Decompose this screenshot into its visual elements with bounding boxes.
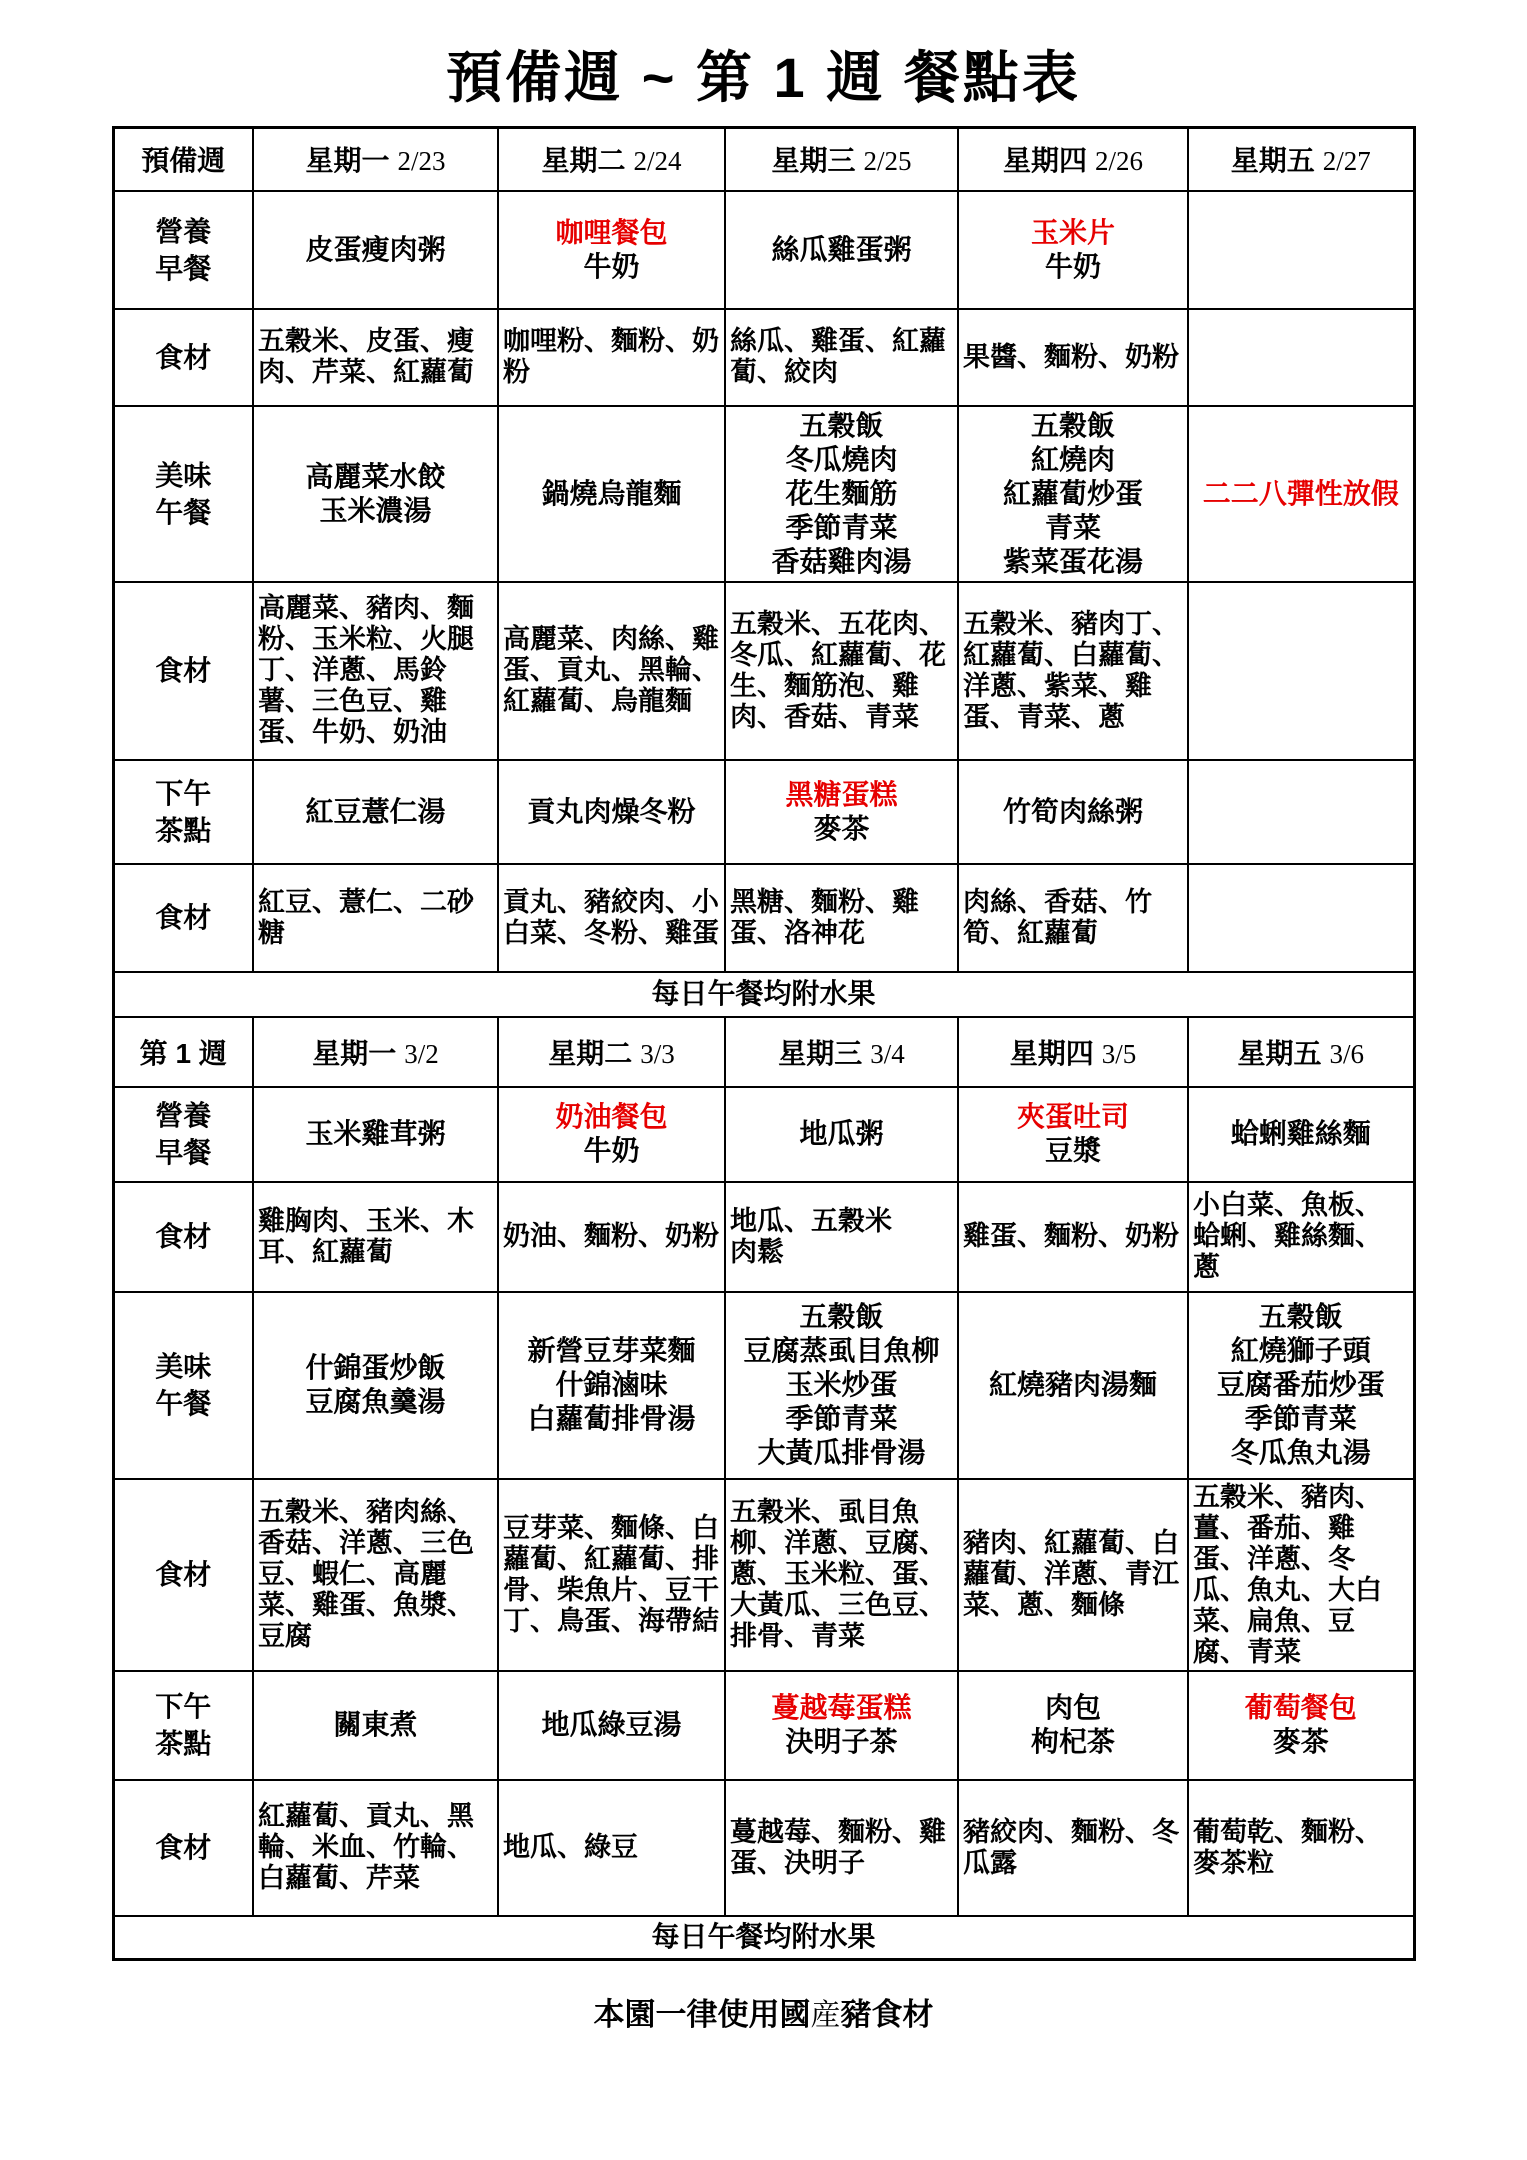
cell-line: 麥茶: [730, 812, 953, 846]
footer-text-pre: 本園一律使用國: [594, 1997, 811, 2032]
cell-line: 紅豆、薏仁、二砂糖: [258, 887, 493, 949]
snack-row: 下午 茶點關東煮地瓜綠豆湯蔓越莓蛋糕決明子茶肉包枸杞茶葡萄餐包麥茶: [113, 1671, 1414, 1780]
day-date: 2/23: [398, 146, 446, 176]
day-date: 3/2: [404, 1039, 439, 1069]
cell-line: 紅蘿蔔炒蛋: [963, 477, 1183, 511]
meal-cell: 鍋燒烏龍麵: [498, 406, 725, 582]
cell-line: 高麗菜、肉絲、雞蛋、貢丸、黑輪、紅蘿蔔、烏龍麵: [503, 624, 720, 717]
cell-line: 枸杞茶: [963, 1725, 1183, 1759]
cell-line: 五穀米、皮蛋、瘦肉、芹菜、紅蘿蔔: [258, 326, 493, 388]
cell-line: 什錦滷味: [503, 1368, 720, 1402]
cell-line: 五穀飯: [963, 409, 1183, 443]
cell-line: 黑糖、麵粉、雞蛋、洛神花: [730, 887, 953, 949]
day-name: 星期五: [1237, 1038, 1321, 1069]
cell-line: 紅蘿蔔、貢丸、黑輪、米血、竹輪、白蘿蔔、芹菜: [258, 1801, 493, 1894]
ingredients-cell: 紅豆、薏仁、二砂糖: [253, 864, 498, 972]
meal-cell: 黑糖蛋糕麥茶: [725, 760, 958, 864]
fruit-note-row: 每日午餐均附水果: [113, 1916, 1414, 1960]
day-name: 星期二: [541, 145, 625, 176]
cell-line: 花生麵筋: [730, 477, 953, 511]
day-date: 2/24: [634, 146, 682, 176]
day-date: 2/25: [864, 146, 912, 176]
ingredients-cell: 地瓜、五穀米 肉鬆: [725, 1182, 958, 1292]
ingredients-cell: 小白菜、魚板、蛤蜊、雞絲麵、蔥: [1188, 1182, 1414, 1292]
cell-line: 高麗菜水餃: [258, 460, 493, 494]
ingredients-cell: 絲瓜、雞蛋、紅蘿蔔、絞肉: [725, 309, 958, 406]
cell-line: 果醬、麵粉、奶粉: [963, 342, 1183, 373]
footer-note: 本園一律使用國産豬食材: [0, 1989, 1527, 2034]
day-header: 星期一2/23: [253, 128, 498, 191]
meal-cell: 竹筍肉絲粥: [958, 760, 1188, 864]
ingredients-cell: 地瓜、綠豆: [498, 1780, 725, 1916]
week-label: 第 1 週: [113, 1017, 253, 1087]
highlight-cell-line: 夾蛋吐司: [963, 1100, 1183, 1134]
day-name: 星期二: [548, 1038, 632, 1069]
ingredients-cell: 咖哩粉、麵粉、奶粉: [498, 309, 725, 406]
week-header-row: 預備週星期一2/23星期二2/24星期三2/25星期四2/26星期五2/27: [113, 128, 1414, 191]
cell-line: 地瓜、綠豆: [503, 1832, 720, 1863]
meal-cell: 咖哩餐包牛奶: [498, 191, 725, 309]
meal-cell: 肉包枸杞茶: [958, 1671, 1188, 1780]
footer-variant-char: 産: [811, 1999, 841, 2032]
row-label: 營養 早餐: [113, 191, 253, 309]
meal-cell: 二二八彈性放假: [1188, 406, 1414, 582]
meal-cell: 地瓜綠豆湯: [498, 1671, 725, 1780]
meal-cell: [1188, 191, 1414, 309]
highlight-cell-line: 黑糖蛋糕: [730, 778, 953, 812]
cell-line: 季節青菜: [730, 1402, 953, 1436]
ingredients-cell: 五穀米、豬肉丁、紅蘿蔔、白蘿蔔、洋蔥、紫菜、雞蛋、青菜、蔥: [958, 582, 1188, 760]
day-date: 3/3: [640, 1039, 675, 1069]
cell-line: 什錦蛋炒飯: [258, 1351, 493, 1385]
day-header: 星期二3/3: [498, 1017, 725, 1087]
row-label: 下午 茶點: [113, 1671, 253, 1780]
meal-cell: 葡萄餐包麥茶: [1188, 1671, 1414, 1780]
row-label: 食材: [113, 1780, 253, 1916]
row-label: 食材: [113, 309, 253, 406]
cell-line: 關東煮: [258, 1708, 493, 1742]
meal-cell: 紅豆薏仁湯: [253, 760, 498, 864]
day-name: 星期一: [305, 145, 389, 176]
cell-line: 玉米雞茸粥: [258, 1117, 493, 1151]
snack-row: 下午 茶點紅豆薏仁湯貢丸肉燥冬粉黑糖蛋糕麥茶竹筍肉絲粥: [113, 760, 1414, 864]
day-header: 星期五3/6: [1188, 1017, 1414, 1087]
ingredients-cell: 五穀米、豬肉、薑、番茄、雞蛋、洋蔥、冬瓜、魚丸、大白菜、扁魚、豆腐、青菜: [1188, 1479, 1414, 1671]
ingredients-cell: 奶油、麵粉、奶粉: [498, 1182, 725, 1292]
cell-line: 五穀米、虱目魚柳、洋蔥、豆腐、蔥、玉米粒、蛋、大黃瓜、三色豆、排骨、青菜: [730, 1497, 953, 1652]
meal-cell: 五穀飯冬瓜燒肉花生麵筋季節青菜香菇雞肉湯: [725, 406, 958, 582]
day-date: 2/26: [1095, 146, 1143, 176]
cell-line: 貢丸肉燥冬粉: [503, 795, 720, 829]
lunch-row: 美味 午餐高麗菜水餃玉米濃湯鍋燒烏龍麵五穀飯冬瓜燒肉花生麵筋季節青菜香菇雞肉湯五…: [113, 406, 1414, 582]
day-name: 星期三: [778, 1038, 862, 1069]
ingredients-cell: 豬肉、紅蘿蔔、白蘿蔔、洋蔥、青江菜、蔥、麵條: [958, 1479, 1188, 1671]
ingredients-cell: 雞蛋、麵粉、奶粉: [958, 1182, 1188, 1292]
ingredients-cell: 豬絞肉、麵粉、冬瓜露: [958, 1780, 1188, 1916]
cell-line: 豆腐蒸虱目魚柳: [730, 1334, 953, 1368]
meal-cell: 皮蛋瘦肉粥: [253, 191, 498, 309]
ingredients-cell: 黑糖、麵粉、雞蛋、洛神花: [725, 864, 958, 972]
fruit-note: 每日午餐均附水果: [113, 972, 1414, 1017]
cell-line: 竹筍肉絲粥: [963, 795, 1183, 829]
ingredients-cell: 豆芽菜、麵條、白蘿蔔、紅蘿蔔、排骨、柴魚片、豆干丁、鳥蛋、海帶結: [498, 1479, 725, 1671]
day-date: 3/4: [870, 1039, 905, 1069]
cell-line: 青菜: [963, 511, 1183, 545]
meal-cell: 紅燒豬肉湯麵: [958, 1292, 1188, 1479]
cell-line: 豆漿: [963, 1134, 1183, 1168]
cell-line: 豆腐魚羹湯: [258, 1385, 493, 1419]
page-title: 預備週 ~ 第 1 週 餐點表: [0, 34, 1527, 114]
meal-cell: 絲瓜雞蛋粥: [725, 191, 958, 309]
cell-line: 五穀米、豬肉丁、紅蘿蔔、白蘿蔔、洋蔥、紫菜、雞蛋、青菜、蔥: [963, 609, 1183, 733]
highlight-cell-line: 二二八彈性放假: [1193, 477, 1409, 511]
day-name: 星期四: [1003, 145, 1087, 176]
cell-line: 香菇雞肉湯: [730, 545, 953, 579]
cell-line: 雞胸肉、玉米、木耳、紅蘿蔔: [258, 1206, 493, 1268]
highlight-cell-line: 葡萄餐包: [1193, 1691, 1409, 1725]
cell-line: 紫菜蛋花湯: [963, 545, 1183, 579]
day-header: 星期三2/25: [725, 128, 958, 191]
ingredients-cell: 紅蘿蔔、貢丸、黑輪、米血、竹輪、白蘿蔔、芹菜: [253, 1780, 498, 1916]
ingredients-cell: 貢丸、豬絞肉、小白菜、冬粉、雞蛋: [498, 864, 725, 972]
ingredients-cell: 高麗菜、肉絲、雞蛋、貢丸、黑輪、紅蘿蔔、烏龍麵: [498, 582, 725, 760]
cell-line: 新營豆芽菜麵: [503, 1334, 720, 1368]
cell-line: 豬絞肉、麵粉、冬瓜露: [963, 1817, 1183, 1879]
cell-line: 小白菜、魚板、蛤蜊、雞絲麵、蔥: [1193, 1190, 1409, 1283]
cell-line: 冬瓜魚丸湯: [1193, 1436, 1409, 1470]
cell-line: 麥茶: [1193, 1725, 1409, 1759]
breakfast-ing-row: 食材雞胸肉、玉米、木耳、紅蘿蔔奶油、麵粉、奶粉地瓜、五穀米 肉鬆雞蛋、麵粉、奶粉…: [113, 1182, 1414, 1292]
row-label: 美味 午餐: [113, 1292, 253, 1479]
day-header: 星期三3/4: [725, 1017, 958, 1087]
cell-line: 玉米炒蛋: [730, 1368, 953, 1402]
meal-cell: 關東煮: [253, 1671, 498, 1780]
meal-cell: 貢丸肉燥冬粉: [498, 760, 725, 864]
cell-line: 五穀飯: [730, 409, 953, 443]
cell-line: 高麗菜、豬肉、麵粉、玉米粒、火腿丁、洋蔥、馬鈴薯、三色豆、雞蛋、牛奶、奶油: [258, 593, 493, 748]
cell-line: 肉包: [963, 1691, 1183, 1725]
cell-line: 皮蛋瘦肉粥: [258, 233, 493, 267]
highlight-cell-line: 蔓越莓蛋糕: [730, 1691, 953, 1725]
ingredients-cell: 雞胸肉、玉米、木耳、紅蘿蔔: [253, 1182, 498, 1292]
day-header: 星期一3/2: [253, 1017, 498, 1087]
ingredients-cell: [1188, 864, 1414, 972]
cell-line: 玉米濃湯: [258, 494, 493, 528]
cell-line: 季節青菜: [1193, 1402, 1409, 1436]
cell-line: 紅燒獅子頭: [1193, 1334, 1409, 1368]
cell-line: 牛奶: [503, 1134, 720, 1168]
highlight-cell-line: 玉米片: [963, 216, 1183, 250]
ingredients-cell: 五穀米、皮蛋、瘦肉、芹菜、紅蘿蔔: [253, 309, 498, 406]
meal-cell: 奶油餐包牛奶: [498, 1087, 725, 1182]
ingredients-cell: 蔓越莓、麵粉、雞蛋、決明子: [725, 1780, 958, 1916]
cell-line: 地瓜、五穀米 肉鬆: [730, 1206, 953, 1268]
cell-line: 豆芽菜、麵條、白蘿蔔、紅蘿蔔、排骨、柴魚片、豆干丁、鳥蛋、海帶結: [503, 1513, 720, 1637]
meal-cell: 夾蛋吐司豆漿: [958, 1087, 1188, 1182]
cell-line: 季節青菜: [730, 511, 953, 545]
snack-ing-row: 食材紅蘿蔔、貢丸、黑輪、米血、竹輪、白蘿蔔、芹菜地瓜、綠豆蔓越莓、麵粉、雞蛋、決…: [113, 1780, 1414, 1916]
day-header: 星期五2/27: [1188, 128, 1414, 191]
breakfast-row: 營養 早餐皮蛋瘦肉粥咖哩餐包牛奶絲瓜雞蛋粥玉米片牛奶: [113, 191, 1414, 309]
row-label: 營養 早餐: [113, 1087, 253, 1182]
cell-line: 蔓越莓、麵粉、雞蛋、決明子: [730, 1817, 953, 1879]
meal-cell: 五穀飯豆腐蒸虱目魚柳玉米炒蛋季節青菜大黃瓜排骨湯: [725, 1292, 958, 1479]
cell-line: 冬瓜燒肉: [730, 443, 953, 477]
cell-line: 咖哩粉、麵粉、奶粉: [503, 326, 720, 388]
ingredients-cell: 葡萄乾、麵粉、麥茶粒: [1188, 1780, 1414, 1916]
meal-cell: 新營豆芽菜麵什錦滷味白蘿蔔排骨湯: [498, 1292, 725, 1479]
cell-line: 紅燒肉: [963, 443, 1183, 477]
cell-line: 豬肉、紅蘿蔔、白蘿蔔、洋蔥、青江菜、蔥、麵條: [963, 1528, 1183, 1621]
day-name: 星期五: [1231, 145, 1315, 176]
cell-line: 絲瓜、雞蛋、紅蘿蔔、絞肉: [730, 326, 953, 388]
lunch-row: 美味 午餐什錦蛋炒飯豆腐魚羹湯新營豆芽菜麵什錦滷味白蘿蔔排骨湯五穀飯豆腐蒸虱目魚…: [113, 1292, 1414, 1479]
cell-line: 決明子茶: [730, 1725, 953, 1759]
cell-line: 紅燒豬肉湯麵: [963, 1368, 1183, 1402]
snack-ing-row: 食材紅豆、薏仁、二砂糖貢丸、豬絞肉、小白菜、冬粉、雞蛋黑糖、麵粉、雞蛋、洛神花肉…: [113, 864, 1414, 972]
cell-line: 貢丸、豬絞肉、小白菜、冬粉、雞蛋: [503, 887, 720, 949]
ingredients-cell: [1188, 582, 1414, 760]
cell-line: 蛤蜊雞絲麵: [1193, 1117, 1409, 1151]
meal-cell: 蛤蜊雞絲麵: [1188, 1087, 1414, 1182]
cell-line: 鍋燒烏龍麵: [503, 477, 720, 511]
cell-line: 地瓜綠豆湯: [503, 1708, 720, 1742]
ingredients-cell: 果醬、麵粉、奶粉: [958, 309, 1188, 406]
day-name: 星期一: [312, 1038, 396, 1069]
lunch-ing-row: 食材五穀米、豬肉絲、香菇、洋蔥、三色豆、蝦仁、高麗菜、雞蛋、魚漿、豆腐豆芽菜、麵…: [113, 1479, 1414, 1671]
meal-cell: 地瓜粥: [725, 1087, 958, 1182]
day-name: 星期四: [1010, 1038, 1094, 1069]
meal-cell: 五穀飯紅燒肉紅蘿蔔炒蛋青菜紫菜蛋花湯: [958, 406, 1188, 582]
day-header: 星期四3/5: [958, 1017, 1188, 1087]
cell-line: 牛奶: [963, 250, 1183, 284]
ingredients-cell: 高麗菜、豬肉、麵粉、玉米粒、火腿丁、洋蔥、馬鈴薯、三色豆、雞蛋、牛奶、奶油: [253, 582, 498, 760]
menu-table: 預備週星期一2/23星期二2/24星期三2/25星期四2/26星期五2/27營養…: [112, 126, 1416, 1961]
meal-cell: 什錦蛋炒飯豆腐魚羹湯: [253, 1292, 498, 1479]
day-date: 3/5: [1102, 1039, 1137, 1069]
day-date: 3/6: [1330, 1039, 1365, 1069]
cell-line: 牛奶: [503, 250, 720, 284]
meal-cell: 五穀飯紅燒獅子頭豆腐番茄炒蛋季節青菜冬瓜魚丸湯: [1188, 1292, 1414, 1479]
row-label: 食材: [113, 582, 253, 760]
cell-line: 雞蛋、麵粉、奶粉: [963, 1221, 1183, 1252]
day-date: 2/27: [1323, 146, 1371, 176]
fruit-note-row: 每日午餐均附水果: [113, 972, 1414, 1017]
cell-line: 五穀米、豬肉絲、香菇、洋蔥、三色豆、蝦仁、高麗菜、雞蛋、魚漿、豆腐: [258, 1497, 493, 1652]
cell-line: 葡萄乾、麵粉、麥茶粒: [1193, 1817, 1409, 1879]
ingredients-cell: [1188, 309, 1414, 406]
meal-cell: 高麗菜水餃玉米濃湯: [253, 406, 498, 582]
menu-page: 預備週 ~ 第 1 週 餐點表 預備週星期一2/23星期二2/24星期三2/25…: [0, 0, 1527, 2160]
meal-cell: 玉米雞茸粥: [253, 1087, 498, 1182]
row-label: 下午 茶點: [113, 760, 253, 864]
day-header: 星期二2/24: [498, 128, 725, 191]
ingredients-cell: 五穀米、虱目魚柳、洋蔥、豆腐、蔥、玉米粒、蛋、大黃瓜、三色豆、排骨、青菜: [725, 1479, 958, 1671]
cell-line: 肉絲、香菇、竹筍、紅蘿蔔: [963, 887, 1183, 949]
meal-cell: [1188, 760, 1414, 864]
ingredients-cell: 五穀米、豬肉絲、香菇、洋蔥、三色豆、蝦仁、高麗菜、雞蛋、魚漿、豆腐: [253, 1479, 498, 1671]
day-header: 星期四2/26: [958, 128, 1188, 191]
highlight-cell-line: 奶油餐包: [503, 1100, 720, 1134]
cell-line: 地瓜粥: [730, 1117, 953, 1151]
cell-line: 大黃瓜排骨湯: [730, 1436, 953, 1470]
ingredients-cell: 肉絲、香菇、竹筍、紅蘿蔔: [958, 864, 1188, 972]
cell-line: 豆腐番茄炒蛋: [1193, 1368, 1409, 1402]
meal-cell: 玉米片牛奶: [958, 191, 1188, 309]
week-label: 預備週: [113, 128, 253, 191]
footer-text-post: 豬食材: [841, 1997, 934, 2032]
highlight-cell-line: 咖哩餐包: [503, 216, 720, 250]
lunch-ing-row: 食材高麗菜、豬肉、麵粉、玉米粒、火腿丁、洋蔥、馬鈴薯、三色豆、雞蛋、牛奶、奶油高…: [113, 582, 1414, 760]
row-label: 食材: [113, 864, 253, 972]
row-label: 美味 午餐: [113, 406, 253, 582]
cell-line: 五穀飯: [1193, 1300, 1409, 1334]
cell-line: 五穀米、五花肉、冬瓜、紅蘿蔔、花生、麵筋泡、雞肉、香菇、青菜: [730, 609, 953, 733]
cell-line: 五穀米、豬肉、薑、番茄、雞蛋、洋蔥、冬瓜、魚丸、大白菜、扁魚、豆腐、青菜: [1193, 1482, 1409, 1668]
day-name: 星期三: [771, 145, 855, 176]
cell-line: 奶油、麵粉、奶粉: [503, 1221, 720, 1252]
ingredients-cell: 五穀米、五花肉、冬瓜、紅蘿蔔、花生、麵筋泡、雞肉、香菇、青菜: [725, 582, 958, 760]
week-header-row: 第 1 週星期一3/2星期二3/3星期三3/4星期四3/5星期五3/6: [113, 1017, 1414, 1087]
breakfast-ing-row: 食材五穀米、皮蛋、瘦肉、芹菜、紅蘿蔔咖哩粉、麵粉、奶粉絲瓜、雞蛋、紅蘿蔔、絞肉果…: [113, 309, 1414, 406]
cell-line: 白蘿蔔排骨湯: [503, 1402, 720, 1436]
fruit-note: 每日午餐均附水果: [113, 1916, 1414, 1960]
row-label: 食材: [113, 1182, 253, 1292]
meal-cell: 蔓越莓蛋糕決明子茶: [725, 1671, 958, 1780]
row-label: 食材: [113, 1479, 253, 1671]
cell-line: 絲瓜雞蛋粥: [730, 233, 953, 267]
cell-line: 紅豆薏仁湯: [258, 795, 493, 829]
cell-line: 五穀飯: [730, 1300, 953, 1334]
breakfast-row: 營養 早餐玉米雞茸粥奶油餐包牛奶地瓜粥夾蛋吐司豆漿蛤蜊雞絲麵: [113, 1087, 1414, 1182]
